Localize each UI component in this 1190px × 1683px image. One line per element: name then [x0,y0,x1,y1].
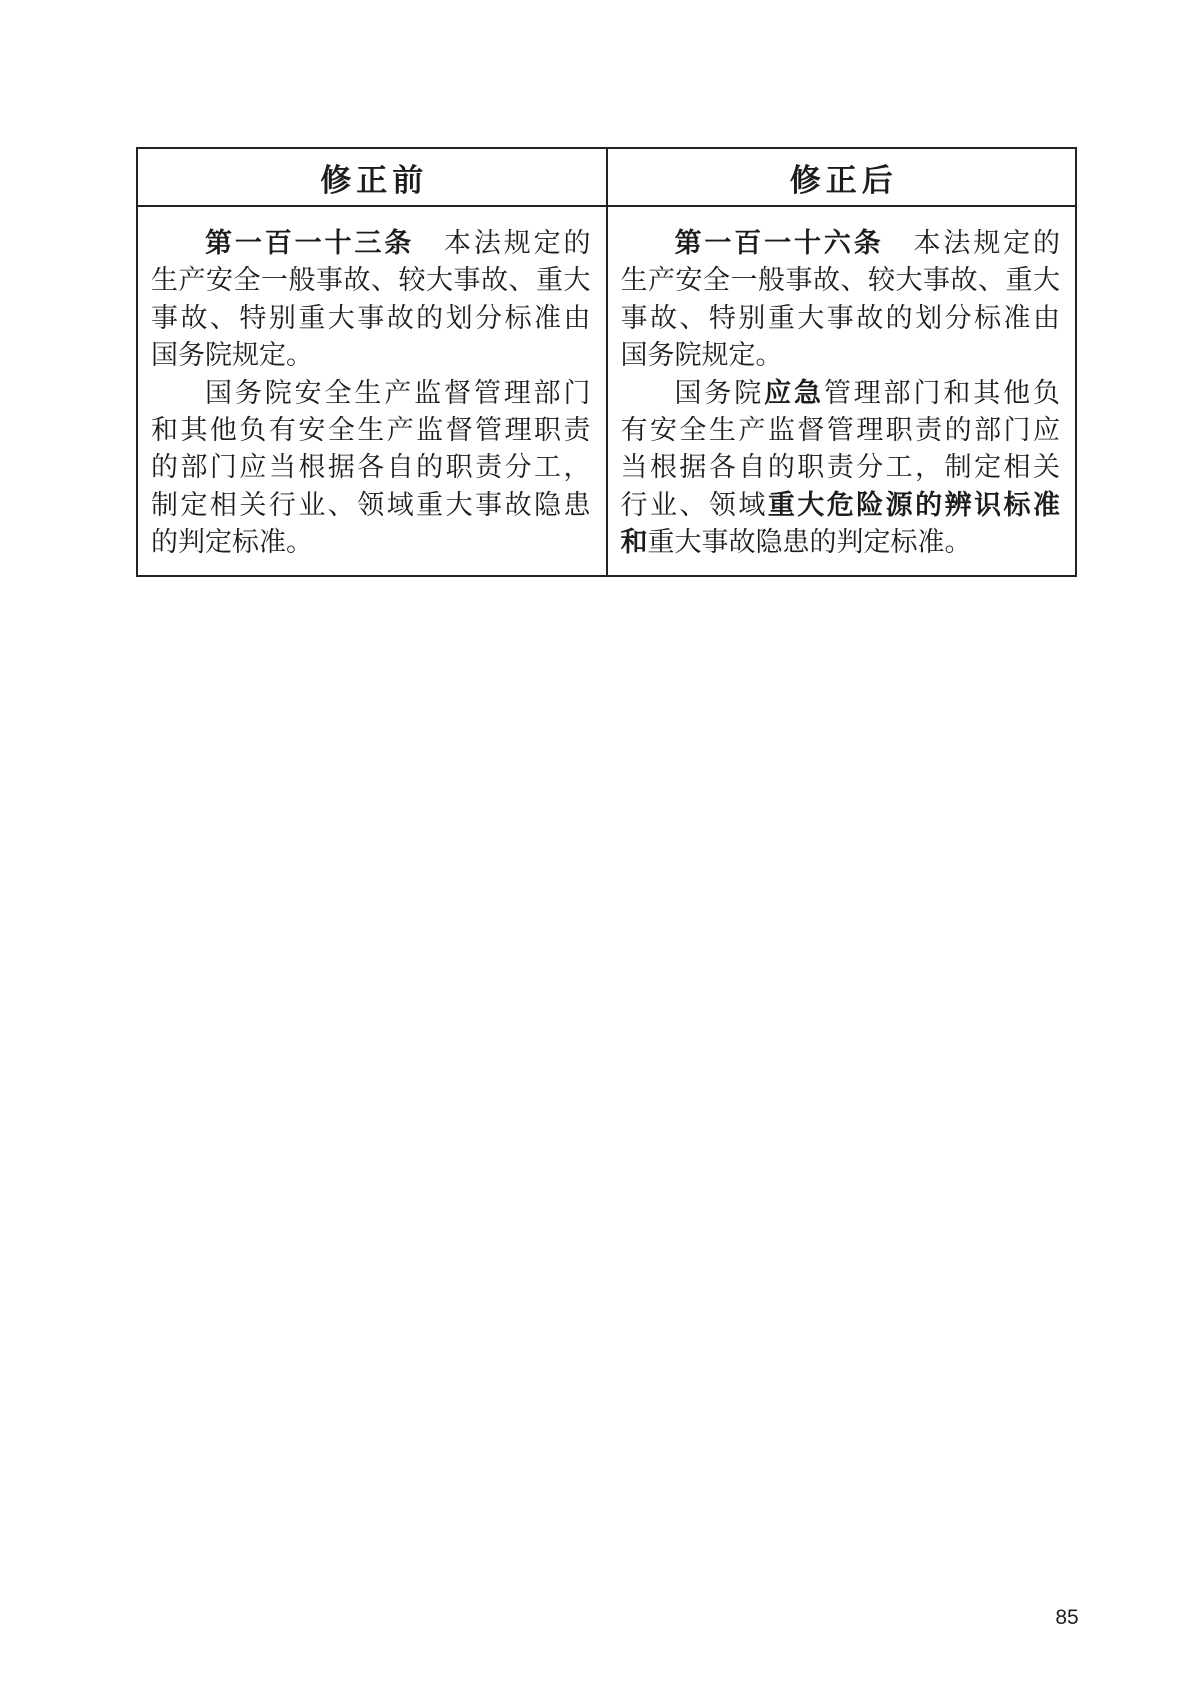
emphasized-text: 和 [621,527,648,557]
text-line: 和重大事故隐患的判定标准。 [621,524,1061,561]
body-text: 和其他负有安全生产监督管理职责 [151,415,591,445]
body-text: 本法规定的 [414,228,590,258]
text-line: 国务院安全生产监督管理部门 [151,375,591,412]
body-text: 事故、特别重大事故的划分标准由 [151,303,591,333]
emphasized-text: 应急 [764,378,824,408]
text-line: 事故、特别重大事故的划分标准由 [151,300,591,337]
header-after-revision: 修正后 [606,149,1076,205]
header-before-revision: 修正前 [138,149,606,205]
text-line: 行业、领域重大危险源的辨识标准 [621,487,1061,524]
body-text: 生产安全一般事故、较大事故、重大 [621,265,1061,295]
body-text: 当根据各自的职责分工，制定相关 [621,452,1061,482]
text-line: 有安全生产监督管理职责的部门应 [621,412,1061,449]
table-header-row: 修正前 修正后 [138,149,1075,207]
body-text: 事故、特别重大事故的划分标准由 [621,303,1061,333]
body-text: 的判定标准。 [151,527,313,557]
text-line: 事故、特别重大事故的划分标准由 [621,300,1061,337]
text-line: 和其他负有安全生产监督管理职责 [151,412,591,449]
body-text: 国务院规定。 [151,340,313,370]
emphasized-text: 第一百一十三条 [205,228,414,258]
body-text: 行业、领域 [621,490,768,520]
cell-after-revision: 第一百一十六条 本法规定的生产安全一般事故、较大事故、重大事故、特别重大事故的划… [606,207,1076,575]
document-page: { "page_number": "85", "table": { "heade… [0,0,1190,1683]
body-text: 国务院 [675,378,765,408]
text-line: 的部门应当根据各自的职责分工， [151,449,591,486]
cell-before-revision: 第一百一十三条 本法规定的生产安全一般事故、较大事故、重大事故、特别重大事故的划… [138,207,606,575]
text-line: 的判定标准。 [151,524,591,561]
body-text: 国务院安全生产监督管理部门 [205,378,591,408]
text-line: 国务院应急管理部门和其他负 [621,375,1061,412]
body-text: 有安全生产监督管理职责的部门应 [621,415,1061,445]
table-body-row: 第一百一十三条 本法规定的生产安全一般事故、较大事故、重大事故、特别重大事故的划… [138,207,1075,575]
emphasized-text: 重大危险源的辨识标准 [768,490,1060,520]
body-text: 管理部门和其他负 [824,378,1060,408]
body-text: 本法规定的 [884,228,1060,258]
text-line: 制定相关行业、领域重大事故隐患 [151,487,591,524]
revision-comparison-table: 修正前 修正后 第一百一十三条 本法规定的生产安全一般事故、较大事故、重大事故、… [136,147,1077,577]
page-number: 85 [1046,1606,1088,1630]
body-text: 制定相关行业、领域重大事故隐患 [151,490,591,520]
text-line: 国务院规定。 [621,337,1061,374]
body-text: 国务院规定。 [621,340,783,370]
body-text: 重大事故隐患的判定标准。 [648,527,972,557]
body-text: 生产安全一般事故、较大事故、重大 [151,265,591,295]
text-line: 当根据各自的职责分工，制定相关 [621,449,1061,486]
body-text: 的部门应当根据各自的职责分工， [151,452,591,482]
text-line: 生产安全一般事故、较大事故、重大 [151,262,591,299]
text-line: 生产安全一般事故、较大事故、重大 [621,262,1061,299]
emphasized-text: 第一百一十六条 [675,228,884,258]
text-line: 国务院规定。 [151,337,591,374]
text-line: 第一百一十六条 本法规定的 [621,225,1061,262]
text-line: 第一百一十三条 本法规定的 [151,225,591,262]
